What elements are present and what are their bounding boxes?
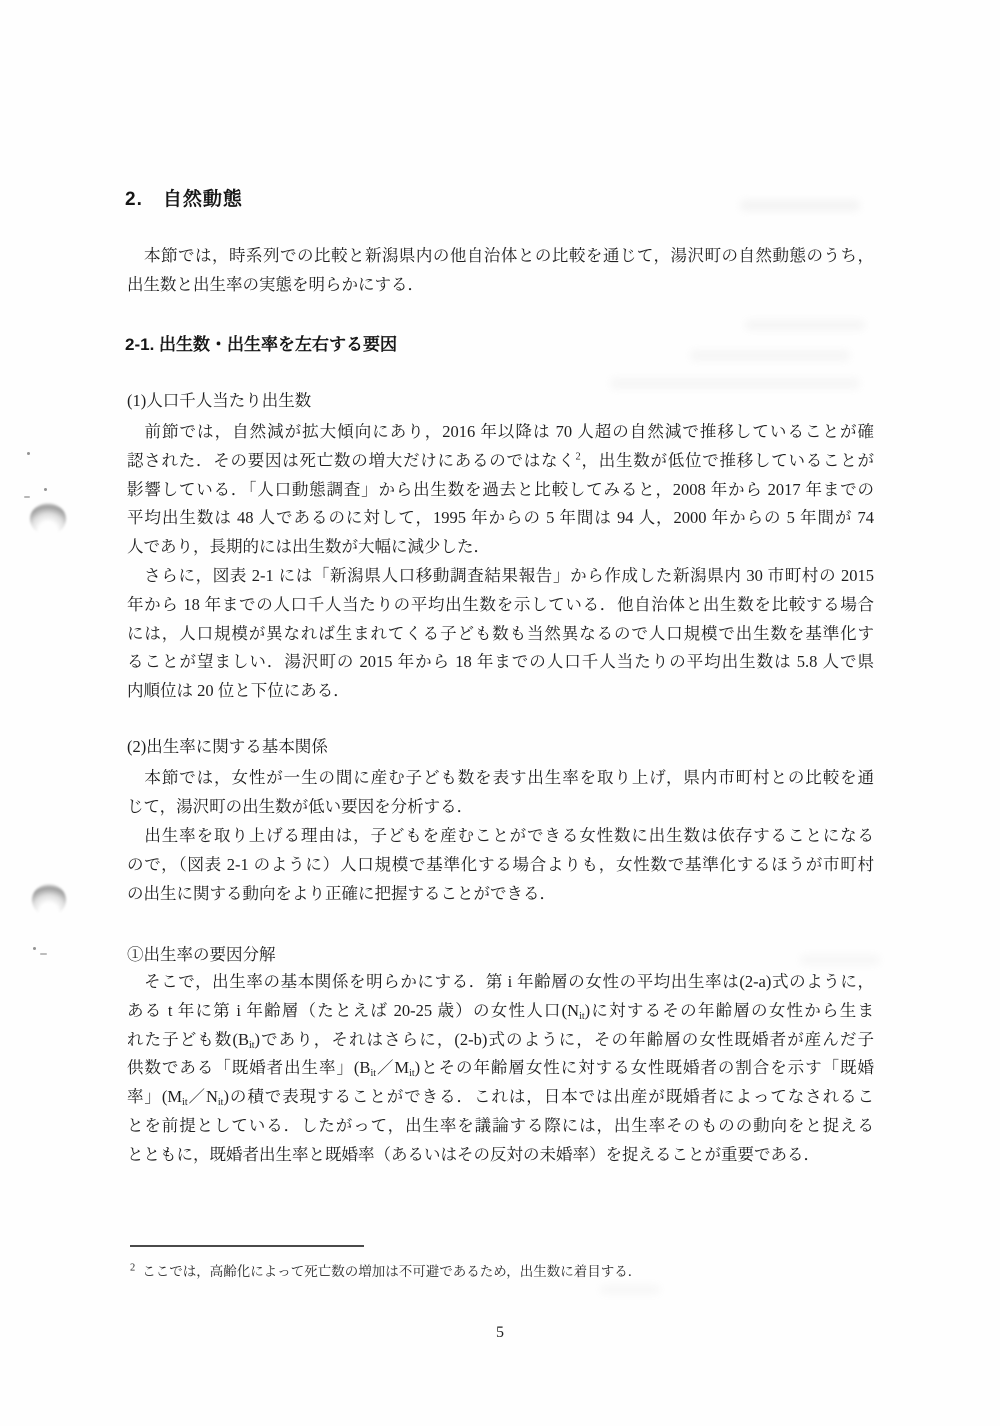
- footnote: 2ここでは，高齢化によって死亡数の増加は不可避であるため，出生数に着目する．: [130, 1261, 770, 1282]
- punch-hole-shadow-bottom: [32, 884, 66, 916]
- text-line: ることが望ましい．湯沢町の 2015 年から 18 年までの人口千人当たりの平均…: [127, 648, 874, 677]
- text-line: とともに，既婚者出生率と既婚率（あるいはその反対の未婚率）を捉えることが重要であ…: [127, 1141, 874, 1170]
- subsection-1-heading: (1)人口千人当たり出生数: [127, 389, 874, 413]
- scan-speck: [33, 947, 36, 950]
- text-line: れた子ども数(Bit)であり，それはさらに，(2-b)式のように，その年齢層の女…: [127, 1026, 874, 1055]
- subsection-3-heading: ①出生率の要因分解: [127, 943, 874, 967]
- text-line: ある t 年に第 i 年齢層（たとえば 20-25 歳）の女性人口(Nit)に対…: [127, 997, 874, 1026]
- text-line: 平均出生数は 48 人であるのに対して，1995 年からの 5 年間は 94 人…: [127, 504, 874, 533]
- text-line: そこで，出生率の基本関係を明らかにする．第 i 年齢層の女性の平均出生率は(2-…: [127, 968, 874, 997]
- scan-smudge: [740, 200, 860, 211]
- page-number: 5: [0, 1324, 1000, 1342]
- footnote-text: ここでは，高齢化によって死亡数の増加は不可避であるため，出生数に着目する．: [142, 1264, 641, 1279]
- subsection-2-paragraph-1: 本節では，女性が一生の間に産む子ども数を表す出生率を取り上げ，県内市町村との比較…: [127, 764, 874, 822]
- subsection-1-paragraph-2: さらに，図表 2-1 には「新潟県人口移動調査結果報告」から作成した新潟県内 3…: [127, 562, 874, 706]
- text-line: には，人口規模が異なれば生まれてくる子ども数も当然異なるので人口規模で出生数を基…: [127, 620, 874, 649]
- document-page: 2. 自然動態 本節では，時系列での比較と新潟県内の他自治体との比較を通じて，湯…: [0, 0, 1000, 1426]
- footnote-separator-rule: [130, 1245, 364, 1247]
- text-line: 前節では，自然減が拡大傾向にあり，2016 年以降は 70 人超の自然減で推移し…: [127, 418, 874, 447]
- punch-hole-shadow-top: [30, 503, 66, 535]
- scan-smudge: [600, 1285, 660, 1294]
- text-line: 本節では，女性が一生の間に産む子ども数を表す出生率を取り上げ，県内市町村との比較…: [127, 764, 874, 793]
- text-line: じて，湯沢町の出生数が低い要因を分析する．: [127, 793, 874, 822]
- text-line: 内順位は 20 位と下位にある．: [127, 677, 874, 706]
- subsection-2-heading: (2)出生率に関する基本関係: [127, 735, 874, 759]
- text-line: 出生数と出生率の実態を明らかにする．: [127, 271, 874, 300]
- subsection-2-paragraph-2: 出生率を取り上げる理由は，子どもを産むことができる女性数に出生数は依存することに…: [127, 822, 874, 908]
- text-line: 率」(Mit／Nit)の積で表現することができる．これは，日本では出産が既婚者に…: [127, 1083, 874, 1112]
- text-line: 供数である「既婚者出生率」(Bit／Mit)とその年齢層女性に対する女性既婚者の…: [127, 1054, 874, 1083]
- scan-speck: [27, 452, 30, 455]
- scan-speck: [40, 953, 47, 955]
- scan-smudge: [745, 320, 865, 330]
- footnote-marker: 2: [130, 1263, 135, 1274]
- text-line: 出生率を取り上げる理由は，子どもを産むことができる女性数に出生数は依存することに…: [127, 822, 874, 851]
- scan-smudge: [610, 378, 860, 389]
- scan-smudge: [690, 350, 850, 361]
- scan-smudge: [800, 955, 880, 965]
- scan-speck: [24, 496, 30, 498]
- text-line: 本節では，時系列での比較と新潟県内の他自治体との比較を通じて，湯沢町の自然動態の…: [127, 242, 874, 271]
- text-line: 影響している．「人口動態調査」から出生数を過去と比較してみると，2008 年から…: [127, 476, 874, 505]
- text-line: ので，（図表 2-1 のように）人口規模で基準化する場合よりも，女性数で基準化す…: [127, 851, 874, 880]
- text-line: とを前提としている．したがって，出生率を議論する際には，出生率そのものの動向をと…: [127, 1112, 874, 1141]
- text-line: さらに，図表 2-1 には「新潟県人口移動調査結果報告」から作成した新潟県内 3…: [127, 562, 874, 591]
- text-line: 認された．その要因は死亡数の増大だけにあるのではなく2，出生数が低位で推移してい…: [127, 447, 874, 476]
- text-line: 年から 18 年までの人口千人当たりの平均出生数を示している．他自治体と出生数を…: [127, 591, 874, 620]
- text-line: 人であり，長期的には出生数が大幅に減少した．: [127, 533, 874, 562]
- text-line: の出生に関する動向をより正確に把握することができる．: [127, 880, 874, 909]
- subsection-1-paragraph-1: 前節では，自然減が拡大傾向にあり，2016 年以降は 70 人超の自然減で推移し…: [127, 418, 874, 562]
- subsection-3-paragraph-1: そこで，出生率の基本関係を明らかにする．第 i 年齢層の女性の平均出生率は(2-…: [127, 968, 874, 1170]
- intro-paragraph: 本節では，時系列での比較と新潟県内の他自治体との比較を通じて，湯沢町の自然動態の…: [127, 242, 874, 300]
- scan-speck: [44, 488, 47, 491]
